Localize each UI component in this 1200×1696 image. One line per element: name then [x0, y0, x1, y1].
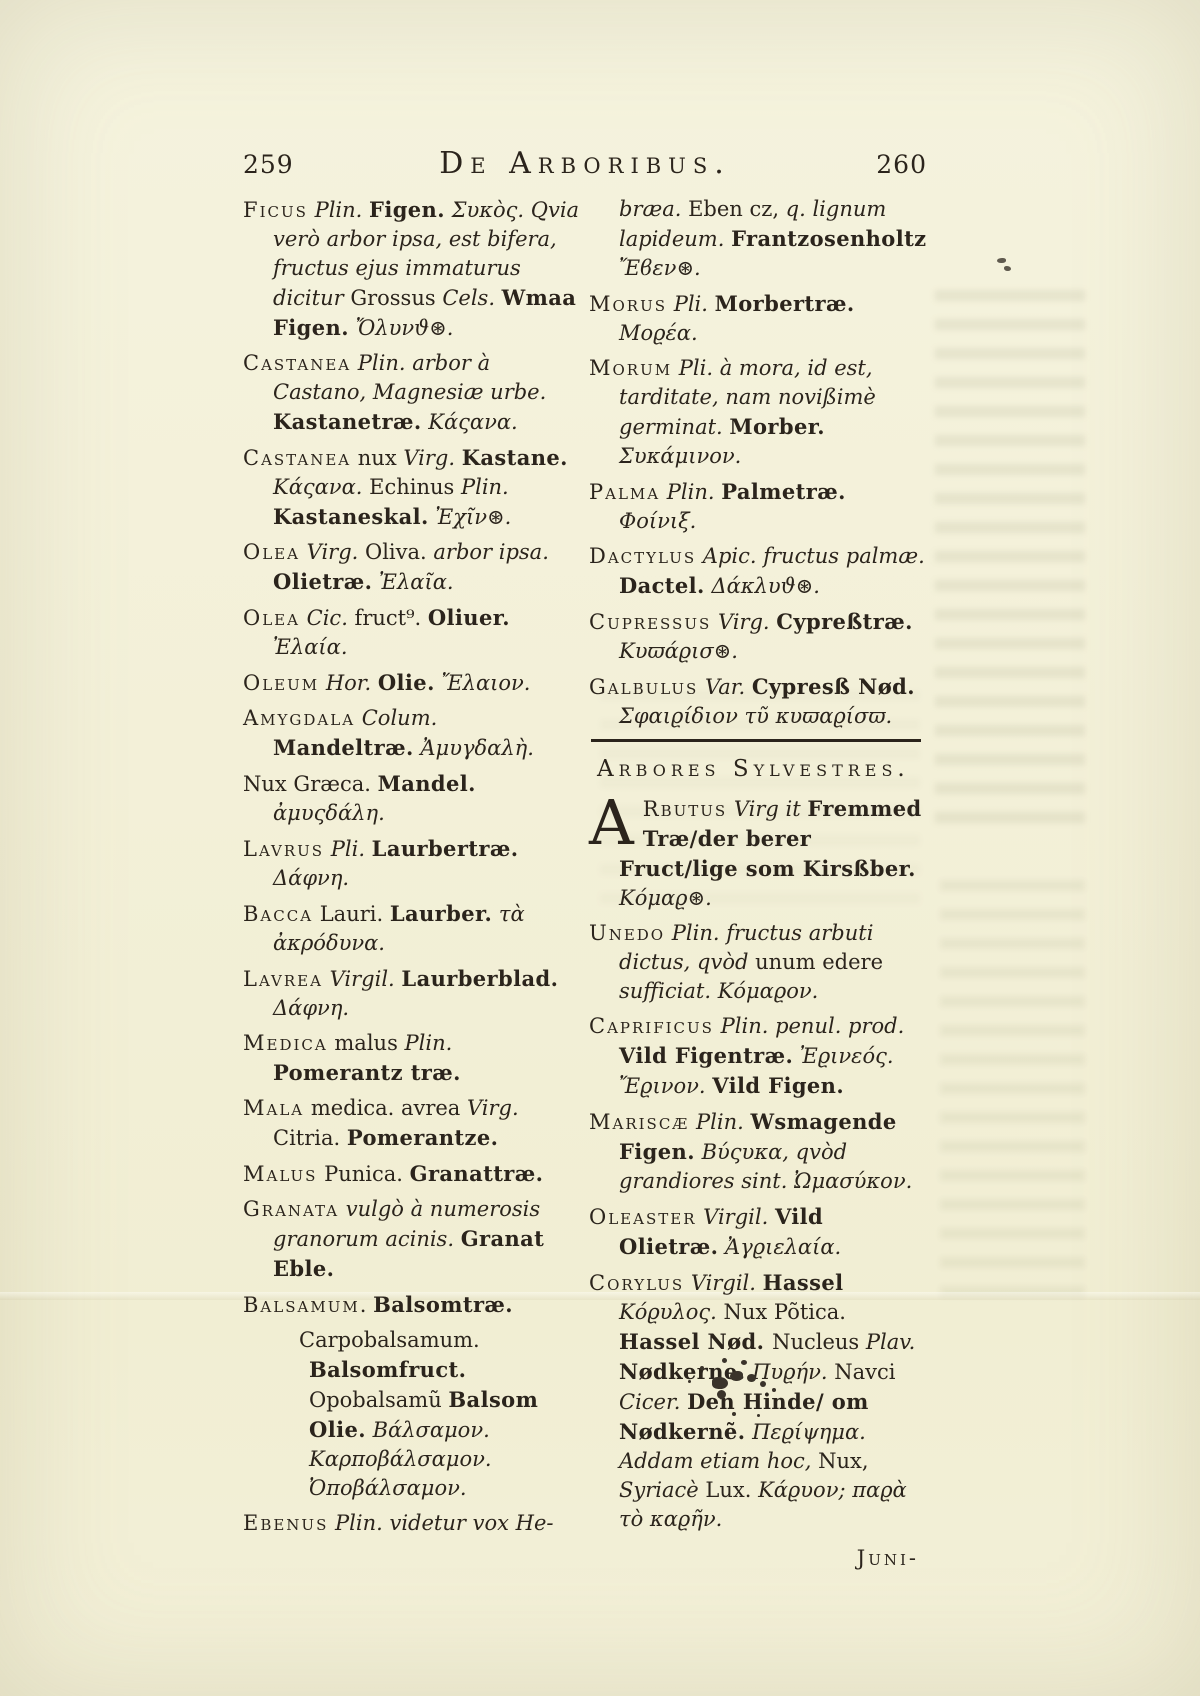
entry-segment: Balsamum [243, 1293, 360, 1317]
entry-segment: Carpobalsamum. [299, 1328, 480, 1352]
entry-segment: Oliva. [365, 540, 433, 564]
entry-segment: Bacca [243, 902, 313, 926]
entry-segment: Plin. [689, 1110, 750, 1134]
entry-segment: Lavrea [243, 967, 323, 991]
dictionary-entry: Cupressus Virg. Cypreßtræ. Κυϖάϱισ⊛. [589, 607, 927, 666]
entry-segment: Μοϱέα. [619, 321, 698, 345]
entry-segment: Apic. fructus palmæ. [696, 544, 925, 568]
entry-segment: Amygdala [243, 706, 355, 730]
entry-segment: Virgil. [323, 967, 401, 991]
entry-segment: Ἐλαῖα. [372, 570, 453, 594]
dictionary-entry: Morus Pli. Morbertræ. Μοϱέα. [589, 289, 927, 348]
entry-segment: Virgil. [684, 1271, 762, 1295]
entry-segment: nux [351, 446, 403, 470]
entry-segment: Echinus [369, 475, 461, 499]
entry-segment: Ἔϐεν⊛. [619, 256, 701, 280]
left-column: Ficus Plin. Figen. Συκὸς. Qvia verò arbo… [243, 195, 581, 1544]
entry-segment: Kastaneskal. [273, 504, 429, 529]
dictionary-entry: Carpobalsamum. Balsomfruct. Opobalsamũ B… [243, 1326, 581, 1503]
entry-segment: Ὠμασύκον. [787, 1169, 912, 1193]
left-page-number: 259 [243, 150, 294, 179]
entry-segment: Olea [243, 606, 300, 630]
entry-segment: Mala [243, 1096, 304, 1120]
entry-segment: Granattræ. [410, 1161, 544, 1186]
entry-segment: Συκὸς. [445, 198, 531, 222]
entry-segment: Vild Figentræ. [619, 1043, 793, 1068]
entry-segment: Corylus [589, 1271, 684, 1295]
entry-segment: Ficus [243, 198, 308, 222]
dictionary-entry: Corylus Virgil. Hassel Κόϱυλος. Nux Põti… [589, 1268, 927, 1534]
dictionary-entry: Balsamum. Balsomtræ. [243, 1290, 581, 1320]
catchword: Juni- [589, 1540, 927, 1573]
entry-segment: Var. [698, 675, 752, 699]
entry-segment: Δάφνη. [273, 996, 349, 1020]
entry-segment: Cupressus [589, 610, 711, 634]
dictionary-entry: Lavrea Virgil. Laurberblad. Δάφνη. [243, 964, 581, 1023]
dictionary-entry: Morum Pli. à mora, id est, tarditate, na… [589, 354, 927, 471]
entry-segment: Δάκλυϑ⊛. [705, 574, 820, 598]
entry-segment: Balsomtræ. [373, 1292, 513, 1317]
entry-segment: Olea [243, 540, 300, 564]
entry-segment: Pomerantze. [347, 1125, 498, 1150]
entry-segment: Malus [243, 1162, 317, 1186]
dictionary-entry: Medica malus Plin. Pomerantz træ. [243, 1029, 581, 1088]
dictionary-entry: Mariscæ Plin. Wsmagende Figen. Βύςυκα, q… [589, 1107, 927, 1196]
entry-segment: Opobalsamũ [309, 1388, 448, 1412]
entry-segment: ἀμυςδάλη. [273, 801, 385, 825]
entry-segment: Hassel Nød. [619, 1329, 772, 1354]
running-title: De Arboribus. [439, 146, 731, 181]
entry-segment: Συκάμινον. [619, 444, 741, 468]
entry-segment: Ἐλαία. [273, 635, 348, 659]
entry-segment: Unedo [589, 921, 665, 945]
dictionary-entry: Lavrus Pli. Laurbertræ. Δάφνη. [243, 834, 581, 893]
entry-segment: Mariscæ [589, 1110, 689, 1134]
scanned-book-page: 259 De Arboribus. 260 Ficus Plin. Figen.… [0, 0, 1200, 1696]
dictionary-entry: Mala medica. avrea Virg. Citria. Pomeran… [243, 1094, 581, 1153]
entry-segment: Κόμαϱ⊛. [619, 886, 712, 910]
entry-segment: Caprificus [589, 1014, 714, 1038]
entry-segment: Dactylus [589, 544, 696, 568]
entry-segment: Frantzosenholtz [731, 226, 926, 251]
entry-segment: Morber. [729, 414, 825, 439]
two-column-text: Ficus Plin. Figen. Συκὸς. Qvia verò arbo… [243, 195, 927, 1579]
dictionary-entry: Oleaster Virgil. Vild Olietræ. Ἀγϱιελαία… [589, 1202, 927, 1262]
entry-segment: Olietræ. [273, 569, 372, 594]
dictionary-entry: Amygdala Colum. Mandeltræ. Ἀμυγδαλὴ. [243, 704, 581, 763]
right-column: bræa. Eben cz, q. lignum lapideum. Frant… [589, 195, 927, 1579]
entry-segment: Plav. [866, 1330, 915, 1354]
entry-segment: Lavrus [243, 837, 324, 861]
entry-segment: Virg it [727, 797, 807, 821]
entry-segment: Σφαιϱίδιον τῦ κυϖαϱίσϖ. [619, 704, 892, 728]
text-block: 259 De Arboribus. 260 Ficus Plin. Figen.… [243, 146, 927, 1579]
entry-segment: Nux Põtica. [724, 1300, 846, 1324]
page-header: 259 De Arboribus. 260 [243, 146, 927, 181]
right-page-number: 260 [876, 150, 927, 179]
entry-segment: Punica. [317, 1162, 409, 1186]
entry-segment: Kastane. [462, 445, 568, 470]
entry-segment: Cypresß Nød. [752, 674, 915, 699]
entry-segment: Eben cz, [688, 197, 786, 221]
entry-segment: Φοίνιξ. [619, 509, 696, 533]
entry-segment: Laurber. [390, 901, 492, 926]
entry-segment: Cicer. [619, 1390, 687, 1414]
dictionary-entry: Bacca Lauri. Laurber. τὰ ἀκρόδυνα. [243, 899, 581, 958]
dictionary-entry: Olea Virg. Oliva. arbor ipsa. Olietræ. Ἐ… [243, 538, 581, 597]
entry-segment: arbor ipsa. [433, 540, 549, 564]
show-through [935, 290, 1085, 830]
entry-segment: Cic. [300, 606, 355, 630]
dictionary-entry: Ebenus Plin. videtur vox He- [243, 1509, 581, 1538]
entry-segment: Cels. [442, 286, 501, 310]
entry-segment: Pli. [324, 837, 372, 861]
entry-segment: Ἔλαιον. [435, 671, 531, 695]
entry-segment: Nux Græca. [243, 772, 378, 796]
entry-segment: Κυϖάϱισ⊛. [619, 639, 738, 663]
entry-segment: Ἀμυγδαλὴ. [414, 736, 534, 760]
entry-segment: Plin. videtur vox He- [328, 1511, 553, 1535]
entry-segment: Plin. [405, 1031, 453, 1055]
entry-segment: medica. avrea [304, 1096, 467, 1120]
entry-segment: malus [328, 1031, 405, 1055]
entry-segment: Oliuer. [428, 605, 510, 630]
entry-segment: Rbutus [643, 797, 727, 821]
dictionary-entry: bræa. Eben cz, q. lignum lapideum. Frant… [589, 195, 927, 283]
entry-segment: Virgil. [696, 1205, 774, 1229]
entry-segment: Addam etiam hoc, [619, 1449, 818, 1473]
entry-segment: Granata [243, 1197, 339, 1221]
entry-segment: Pomerantz træ. [273, 1060, 461, 1085]
entry-segment: Grossus [350, 286, 442, 310]
dictionary-entry: Granata vulgò à numerosis granorum acini… [243, 1195, 581, 1284]
entry-segment: Ἐχῖν⊛. [429, 505, 512, 529]
dictionary-entry: Ficus Plin. Figen. Συκὸς. Qvia verò arbo… [243, 195, 581, 343]
entry-segment: Navci [834, 1360, 895, 1384]
entry-segment: fruct⁹. [355, 606, 428, 630]
dictionary-entry: Castanea Plin. arbor à Castano, Magnesiæ… [243, 349, 581, 437]
entry-segment: Nux, [818, 1449, 868, 1473]
entry-segment: Syriacè [619, 1478, 705, 1502]
dictionary-entry: Oleum Hor. Olie. Ἔλαιον. [243, 668, 581, 698]
entry-segment: Nucleus [772, 1330, 866, 1354]
entry-segment: Galbulus [589, 675, 698, 699]
dictionary-entry: Castanea nux Virg. Kastane. Κάςανα. Echi… [243, 443, 581, 532]
show-through [940, 880, 1085, 1300]
entry-segment: sufficiat. [619, 979, 711, 1003]
entry-segment: Dactel. [619, 573, 705, 598]
dictionary-entry: Malus Punica. Granattræ. [243, 1159, 581, 1189]
entry-segment: Kastanetræ. [273, 409, 422, 434]
entry-segment: Mandel. [378, 771, 476, 796]
entry-segment: Mandeltræ. [273, 735, 414, 760]
entry-segment: Hassel [763, 1270, 844, 1295]
section-heading: Arbores Sylvestres. [597, 756, 927, 782]
entry-segment: Oleum [243, 671, 319, 695]
entry-segment: Citria. [273, 1126, 347, 1150]
entry-segment: Plin. [660, 480, 721, 504]
dictionary-entry: Dactylus Apic. fructus palmæ. Dactel. Δά… [589, 542, 927, 601]
entry-segment: Κόμαϱον. [711, 979, 818, 1003]
entry-segment: Ἀγϱιελαία. [718, 1235, 841, 1259]
entry-segment: Laurbertræ. [372, 836, 519, 861]
entry-segment: Lux. [705, 1478, 751, 1502]
entry-segment: Castanea [243, 446, 351, 470]
entry-segment: Balsomfruct. [309, 1357, 466, 1382]
dictionary-entry: Unedo Plin. fructus arbuti dictus, qvòd … [589, 919, 927, 1006]
entry-segment: . [360, 1293, 373, 1317]
dictionary-entry: Galbulus Var. Cypresß Nød. Σφαιϱίδιον τῦ… [589, 672, 927, 731]
entry-segment: Plin. [308, 198, 369, 222]
drop-cap: A [589, 794, 643, 849]
entry-segment: Morus [589, 292, 667, 316]
entry-segment: Κόϱυλος. [619, 1300, 724, 1324]
entry-segment: Virg. [300, 540, 365, 564]
entry-segment: Vild Figen. [712, 1073, 844, 1098]
entry-segment: Ὄλυνϑ⊛. [349, 316, 453, 340]
entry-segment: unum edere [755, 950, 883, 974]
entry-segment: Κάςανα. [273, 475, 369, 499]
entry-segment: Πεϱίψημα. [745, 1420, 865, 1444]
entry-segment: Olie. [378, 670, 435, 695]
right-column-upper: bræa. Eben cz, q. lignum lapideum. Frant… [589, 195, 927, 731]
entry-segment: Virg. [711, 610, 776, 634]
entry-segment: Lauri. [313, 902, 390, 926]
entry-segment: Pli. [667, 292, 715, 316]
entry-segment: Virg. [403, 446, 461, 470]
entry-segment: Πυϱήν. [745, 1360, 834, 1384]
entry-segment: Morbertræ. [715, 291, 855, 316]
entry-segment: Virg. [467, 1096, 519, 1120]
entry-segment: Plin. [461, 475, 509, 499]
right-column-lower: ARbutus Virg it Fremmed Træ/der berer Fr… [589, 794, 927, 1534]
entry-segment: Plin. penul. prod. [714, 1014, 904, 1038]
dictionary-entry: Olea Cic. fruct⁹. Oliuer. Ἐλαία. [243, 603, 581, 662]
dictionary-entry: Nux Græca. Mandel. ἀμυςδάλη. [243, 769, 581, 828]
dictionary-entry: Caprificus Plin. penul. prod. Vild Figen… [589, 1012, 927, 1101]
entry-segment: Palmetræ. [721, 479, 846, 504]
entry-segment: bræa. [619, 197, 688, 221]
entry-segment: Hor. [319, 671, 378, 695]
entry-segment: Κάςανα. [422, 410, 518, 434]
entry-segment: Medica [243, 1031, 328, 1055]
dictionary-entry: Palma Plin. Palmetræ. Φοίνιξ. [589, 477, 927, 536]
section-divider-rule [591, 739, 921, 742]
entry-segment: Laurberblad. [401, 966, 558, 991]
dictionary-entry: ARbutus Virg it Fremmed Træ/der berer Fr… [589, 794, 927, 913]
entry-segment: Δάφνη. [273, 866, 349, 890]
entry-segment: Figen. [369, 197, 445, 222]
entry-segment: Ebenus [243, 1511, 328, 1535]
entry-segment: Βύςυκα, [695, 1140, 796, 1164]
entry-segment: Oleaster [589, 1205, 696, 1229]
entry-segment: Colum. [355, 706, 437, 730]
entry-segment: Palma [589, 480, 660, 504]
entry-segment: Castanea [243, 351, 351, 375]
entry-segment: Cypreßtræ. [776, 609, 913, 634]
entry-segment: Morum [589, 356, 672, 380]
